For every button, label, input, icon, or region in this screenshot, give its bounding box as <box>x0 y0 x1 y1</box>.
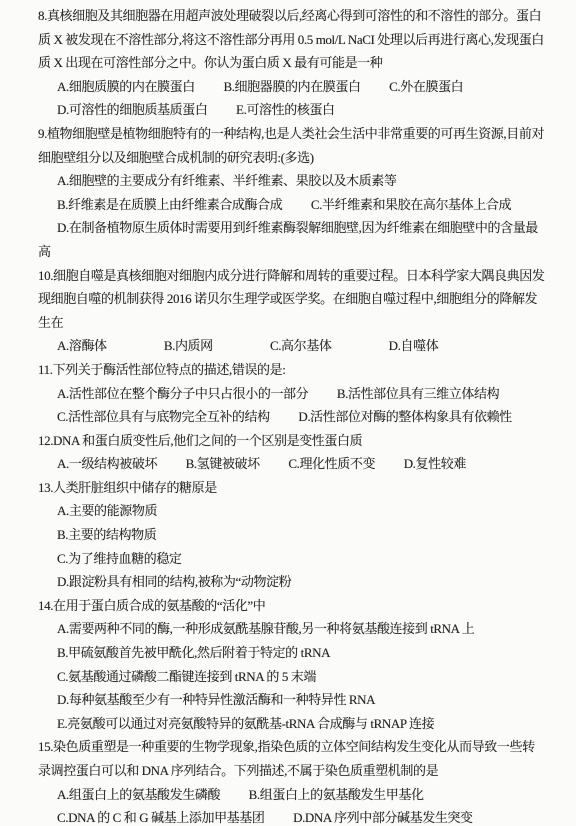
question-15-option-row: A.组蛋白上的氨基酸发生磷酸B.组蛋白上的氨基酸发生甲基化 <box>38 783 546 807</box>
question-8-option-row: A.细胞质膜的内在膜蛋白B.细胞器膜的内在膜蛋白C.外在膜蛋白 <box>38 75 546 99</box>
question-14-option-E: E.亮氨酸可以通过对亮氨酸特异的氨酰基-tRNA 合成酶与 tRNAP 连接 <box>57 716 434 731</box>
question-9-option-A: A.细胞壁的主要成分有纤维素、半纤维素、果胶以及木质素等 <box>57 173 396 188</box>
question-13: 13.人类肝脏组织中储存的糖原是A.主要的能源物质B.主要的结构物质C.为了维持… <box>38 476 546 594</box>
question-10-stem: 10.细胞自噬是真核细胞对细胞内成分进行降解和周转的重要过程。日本科学家大隅良典… <box>38 264 546 335</box>
question-8-option-D: D.可溶性的细胞质基质蛋白 <box>57 102 207 117</box>
question-8-option-E: E.可溶性的核蛋白 <box>236 102 335 117</box>
question-15-option-D: D.DNA 序列中部分碱基发生突变 <box>293 810 473 825</box>
question-12: 12.DNA 和蛋白质变性后,他们之间的一个区别是变性蛋白质A.一级结构被破坏B… <box>38 429 546 476</box>
question-12-option-B: B.氢键被破坏 <box>186 456 260 471</box>
question-11-option-B: B.活性部位具有三维立体结构 <box>337 386 499 401</box>
question-10-option-C: C.高尔基体 <box>270 338 332 353</box>
question-13-option-row: B.主要的结构物质 <box>38 523 546 547</box>
question-14-stem: 14.在用于蛋白质合成的氨基酸的“活化”中 <box>38 594 546 618</box>
question-15-option-B: B.组蛋白上的氨基酸发生甲基化 <box>249 787 424 802</box>
question-12-option-D: D.复性较难 <box>404 456 466 471</box>
question-14-option-row: B.甲硫氨酸首先被甲酰化,然后附着于特定的 tRNA <box>38 641 546 665</box>
question-11-option-D: D.活性部位对酶的整体构象具有依赖性 <box>298 409 511 424</box>
question-15-stem: 15.染色质重塑是一种重要的生物学现象,指染色质的立体空间结构发生变化从而导致一… <box>38 735 546 782</box>
question-14-option-D: D.每种氨基酸至少有一种特异性激活酶和一种特异性 RNA <box>57 692 375 707</box>
question-10-option-B: B.内质网 <box>164 338 213 353</box>
question-10-option-row: A.溶酶体B.内质网C.高尔基体D.自噬体 <box>38 334 546 358</box>
question-15-option-C: C.DNA 的 C 和 G 碱基上添加甲基基团 <box>57 810 264 825</box>
question-13-option-row: D.跟淀粉具有相同的结构,被称为“动物淀粉 <box>38 570 546 594</box>
question-13-option-B: B.主要的结构物质 <box>57 527 156 542</box>
question-8-option-row: D.可溶性的细胞质基质蛋白E.可溶性的核蛋白 <box>38 98 546 122</box>
question-14: 14.在用于蛋白质合成的氨基酸的“活化”中A.需要两种不同的酶,一种形成氨酰基腺… <box>38 594 546 736</box>
question-11-stem: 11.下列关于酶活性部位特点的描述,错误的是: <box>38 358 546 382</box>
question-13-option-row: C.为了维持血糖的稳定 <box>38 547 546 571</box>
question-14-option-row: A.需要两种不同的酶,一种形成氨酰基腺苷酸,另一种将氨基酸连接到 tRNA 上 <box>38 617 546 641</box>
question-9-option-row: B.纤维素是在质膜上由纤维素合成酶合成C.半纤维素和果胶在高尔基体上合成 <box>38 193 546 217</box>
question-14-option-A: A.需要两种不同的酶,一种形成氨酰基腺苷酸,另一种将氨基酸连接到 tRNA 上 <box>57 621 474 636</box>
question-15-option-row: C.DNA 的 C 和 G 碱基上添加甲基基团D.DNA 序列中部分碱基发生突变 <box>38 806 546 826</box>
question-11-option-C: C.活性部位具有与底物完全互补的结构 <box>57 409 270 424</box>
exam-page: 8.真核细胞及其细胞器在用超声波处理破裂以后,经离心得到可溶性的和不溶性的部分。… <box>0 0 576 826</box>
question-8-option-C: C.外在膜蛋白 <box>389 79 463 94</box>
question-9-option-row: A.细胞壁的主要成分有纤维素、半纤维素、果胶以及木质素等 <box>38 169 546 193</box>
question-13-option-A: A.主要的能源物质 <box>57 503 157 518</box>
question-14-option-row: D.每种氨基酸至少有一种特异性激活酶和一种特异性 RNA <box>38 688 546 712</box>
question-10: 10.细胞自噬是真核细胞对细胞内成分进行降解和周转的重要过程。日本科学家大隅良典… <box>38 264 546 358</box>
question-9-option-C: C.半纤维素和果胶在高尔基体上合成 <box>311 197 511 212</box>
question-11-option-A: A.活性部位在整个酶分子中只占很小的一部分 <box>57 386 308 401</box>
question-12-stem: 12.DNA 和蛋白质变性后,他们之间的一个区别是变性蛋白质 <box>38 429 546 453</box>
question-8: 8.真核细胞及其细胞器在用超声波处理破裂以后,经离心得到可溶性的和不溶性的部分。… <box>38 4 546 122</box>
question-14-option-C: C.氨基酸通过磷酸二酯键连接到 tRNA 的 5 末端 <box>57 669 316 684</box>
question-9-stem: 9.植物细胞壁是植物细胞特有的一种结构,也是人类社会生活中非常重要的可再生资源,… <box>38 122 546 169</box>
question-9-option-D: D.在制备植物原生质体时需要用到纤维素酶裂解细胞壁,因为纤维素在细胞壁中的含量最… <box>38 220 538 259</box>
question-9-option-row: D.在制备植物原生质体时需要用到纤维素酶裂解细胞壁,因为纤维素在细胞壁中的含量最… <box>38 216 546 263</box>
question-10-option-A: A.溶酶体 <box>57 338 107 353</box>
question-13-option-D: D.跟淀粉具有相同的结构,被称为“动物淀粉 <box>57 574 291 589</box>
question-15-option-A: A.组蛋白上的氨基酸发生磷酸 <box>57 787 220 802</box>
question-12-option-row: A.一级结构被破坏B.氢键被破坏C.理化性质不变D.复性较难 <box>38 452 546 476</box>
question-12-option-C: C.理化性质不变 <box>288 456 375 471</box>
question-9-option-B: B.纤维素是在质膜上由纤维素合成酶合成 <box>57 197 282 212</box>
question-12-option-A: A.一级结构被破坏 <box>57 456 157 471</box>
question-10-option-D: D.自噬体 <box>389 338 439 353</box>
question-13-option-row: A.主要的能源物质 <box>38 499 546 523</box>
question-14-option-row: E.亮氨酸可以通过对亮氨酸特异的氨酰基-tRNA 合成酶与 tRNAP 连接 <box>38 712 546 736</box>
question-11: 11.下列关于酶活性部位特点的描述,错误的是:A.活性部位在整个酶分子中只占很小… <box>38 358 546 429</box>
question-14-option-row: C.氨基酸通过磷酸二酯键连接到 tRNA 的 5 末端 <box>38 665 546 689</box>
question-14-option-B: B.甲硫氨酸首先被甲酰化,然后附着于特定的 tRNA <box>57 645 330 660</box>
question-8-stem: 8.真核细胞及其细胞器在用超声波处理破裂以后,经离心得到可溶性的和不溶性的部分。… <box>38 4 546 75</box>
question-8-option-B: B.细胞器膜的内在膜蛋白 <box>223 79 360 94</box>
question-13-stem: 13.人类肝脏组织中储存的糖原是 <box>38 476 546 500</box>
question-11-option-row: A.活性部位在整个酶分子中只占很小的一部分B.活性部位具有三维立体结构 <box>38 382 546 406</box>
question-15: 15.染色质重塑是一种重要的生物学现象,指染色质的立体空间结构发生变化从而导致一… <box>38 735 546 826</box>
question-9: 9.植物细胞壁是植物细胞特有的一种结构,也是人类社会生活中非常重要的可再生资源,… <box>38 122 546 264</box>
question-11-option-row: C.活性部位具有与底物完全互补的结构D.活性部位对酶的整体构象具有依赖性 <box>38 405 546 429</box>
exam-screenshot: { "page": { "paper_color": "#fbfbfa", "i… <box>0 0 576 826</box>
question-8-option-A: A.细胞质膜的内在膜蛋白 <box>57 79 195 94</box>
question-13-option-C: C.为了维持血糖的稳定 <box>57 551 182 566</box>
